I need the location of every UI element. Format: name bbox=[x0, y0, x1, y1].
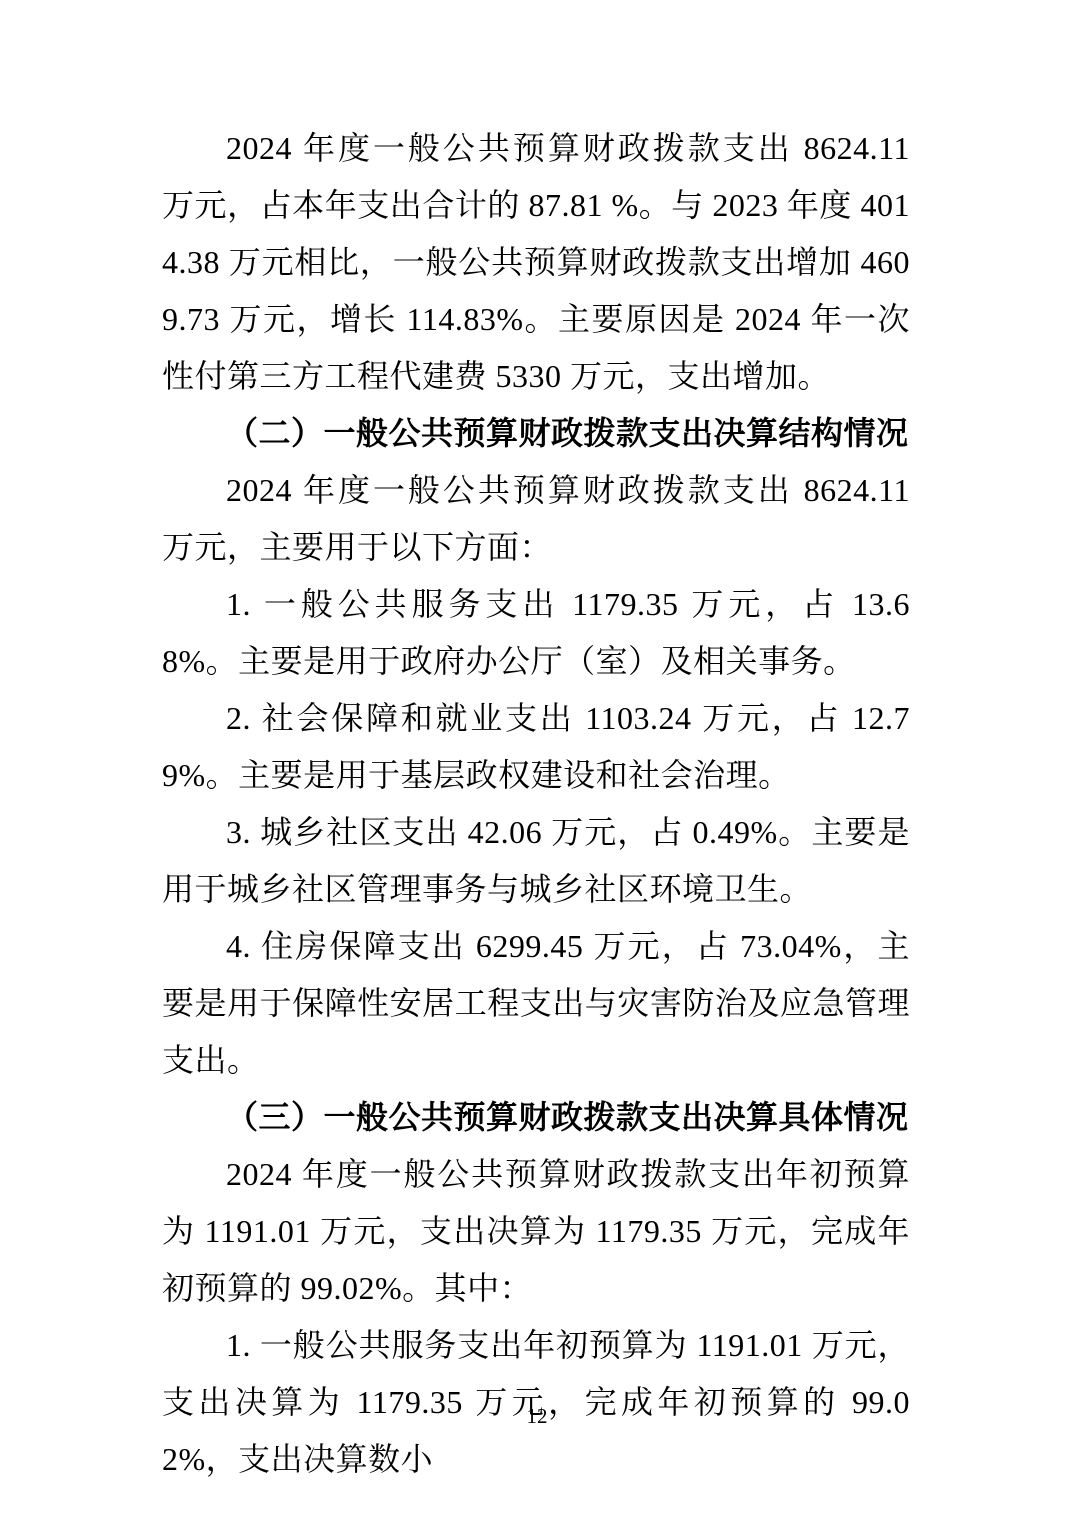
paragraph: 3. 城乡社区支出 42.06 万元，占 0.49%。主要是用于城乡社区管理事务… bbox=[162, 804, 910, 918]
section-heading: （三）一般公共预算财政拨款支出决算具体情况 bbox=[162, 1089, 910, 1146]
page-number: 12 bbox=[0, 1403, 1074, 1429]
paragraph: 2. 社会保障和就业支出 1103.24 万元，占 12.79%。主要是用于基层… bbox=[162, 690, 910, 804]
section-heading: （二）一般公共预算财政拨款支出决算结构情况 bbox=[162, 405, 910, 462]
document-body: 2024 年度一般公共预算财政拨款支出 8624.11 万元，占本年支出合计的 … bbox=[162, 120, 910, 1488]
paragraph: 1. 一般公共服务支出 1179.35 万元，占 13.68%。主要是用于政府办… bbox=[162, 576, 910, 690]
paragraph: 2024 年度一般公共预算财政拨款支出 8624.11 万元，主要用于以下方面： bbox=[162, 462, 910, 576]
document-page: 2024 年度一般公共预算财政拨款支出 8624.11 万元，占本年支出合计的 … bbox=[0, 0, 1074, 1520]
paragraph: 4. 住房保障支出 6299.45 万元，占 73.04%，主要是用于保障性安居… bbox=[162, 918, 910, 1089]
paragraph: 2024 年度一般公共预算财政拨款支出 8624.11 万元，占本年支出合计的 … bbox=[162, 120, 910, 405]
paragraph: 2024 年度一般公共预算财政拨款支出年初预算为 1191.01 万元，支出决算… bbox=[162, 1146, 910, 1317]
